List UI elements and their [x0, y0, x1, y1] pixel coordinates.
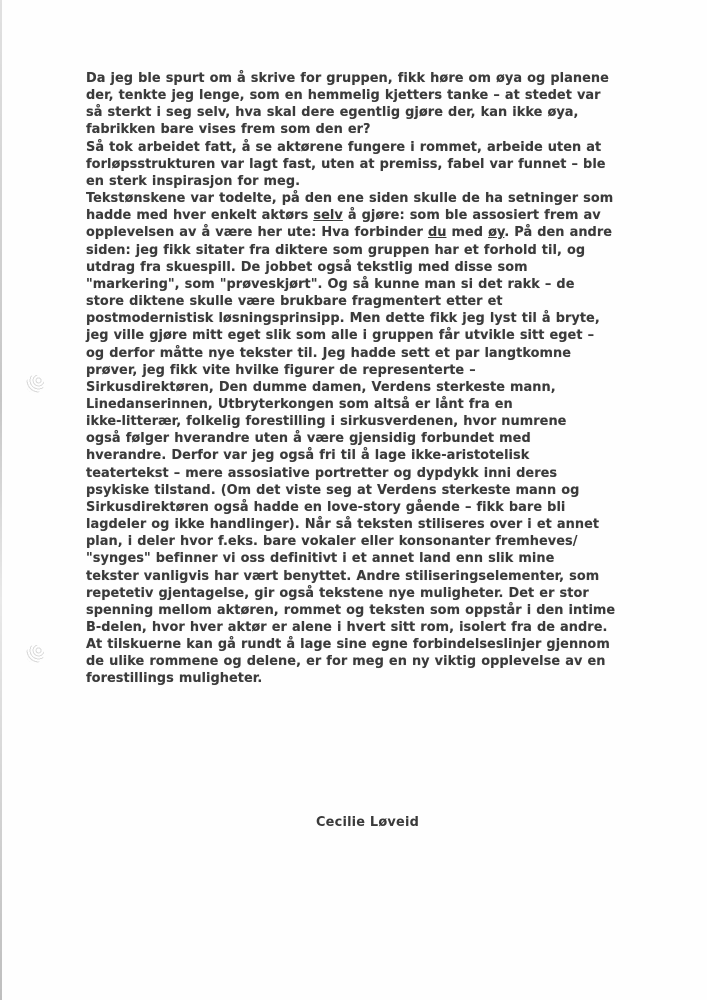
text-line: "synges" befinner vi oss definitivt i et…	[86, 550, 566, 567]
document-page: Da jeg ble spurt om å skrive for gruppen…	[0, 0, 707, 1000]
text-line: hadde med hver enkelt aktørs selv å gjør…	[86, 207, 566, 224]
text-line: siden: jeg fikk sitater fra diktere som …	[86, 242, 566, 259]
text-line: der, tenkte jeg lenge, som en hemmelig k…	[86, 87, 566, 104]
text-line: store diktene skulle være brukbare fragm…	[86, 293, 566, 310]
text-line: jeg ville gjøre mitt eget slik som alle …	[86, 327, 566, 344]
body-text: Da jeg ble spurt om å skrive for gruppen…	[86, 70, 566, 688]
punch-hole-icon	[26, 375, 44, 393]
underlined-word: øy	[488, 225, 504, 240]
author-signature: Cecilie Løveid	[316, 815, 419, 830]
text-line: teatertekst – mere assosiative portrette…	[86, 465, 566, 482]
text-line: fabrikken bare vises frem som den er?	[86, 121, 566, 138]
text-line: en sterk inspirasjon for meg.	[86, 173, 566, 190]
text-line: Da jeg ble spurt om å skrive for gruppen…	[86, 70, 566, 87]
text-line: forløpsstrukturen var lagt fast, uten at…	[86, 156, 566, 173]
text-line: utdrag fra skuespill. De jobbet også tek…	[86, 259, 566, 276]
text-line: Sirkusdirektøren, Den dumme damen, Verde…	[86, 379, 566, 396]
text-line: også følger hverandre uten å være gjensi…	[86, 430, 566, 447]
text-line: og derfor måtte nye tekster til. Jeg had…	[86, 345, 566, 362]
text-line: Linedanserinnen, Utbryterkongen som alts…	[86, 396, 566, 413]
scan-page-edge	[0, 0, 2, 1000]
underlined-word: du	[428, 225, 447, 240]
text-line: prøver, jeg fikk vite hvilke figurer de …	[86, 362, 566, 379]
text-line: At tilskuerne kan gå rundt å lage sine e…	[86, 636, 566, 653]
text-line: lagdeler og ikke handlinger). Når så tek…	[86, 516, 566, 533]
text-line: spenning mellom aktøren, rommet og tekst…	[86, 602, 566, 619]
text-line: plan, i deler hvor f.eks. bare vokaler e…	[86, 533, 566, 550]
underlined-word: selv	[313, 208, 342, 223]
text-line: ikke-litterær, folkelig forestilling i s…	[86, 413, 566, 430]
text-line: Sirkusdirektøren også hadde en love-stor…	[86, 499, 566, 516]
text-line: repetetiv gjentagelse, gir også tekstene…	[86, 585, 566, 602]
text-line: hverandre. Derfor var jeg også fri til å…	[86, 447, 566, 464]
text-line: Tekstønskene var todelte, på den ene sid…	[86, 190, 566, 207]
text-line: postmodernistisk løsningsprinsipp. Men d…	[86, 310, 566, 327]
text-line: de ulike rommene og delene, er for meg e…	[86, 653, 566, 670]
text-line: "markering", som "prøveskjørt". Og så ku…	[86, 276, 566, 293]
text-line: tekster vanligvis har vært benyttet. And…	[86, 568, 566, 585]
text-line: Så tok arbeidet fatt, å se aktørene fung…	[86, 139, 566, 156]
text-line: så sterkt i seg selv, hva skal dere egen…	[86, 104, 566, 121]
text-line: opplevelsen av å være her ute: Hva forbi…	[86, 224, 566, 241]
text-line: forestillings muligheter.	[86, 670, 566, 687]
text-line: psykiske tilstand. (Om det viste seg at …	[86, 482, 566, 499]
punch-hole-icon	[26, 645, 44, 663]
text-line: B-delen, hvor hver aktør er alene i hver…	[86, 619, 566, 636]
